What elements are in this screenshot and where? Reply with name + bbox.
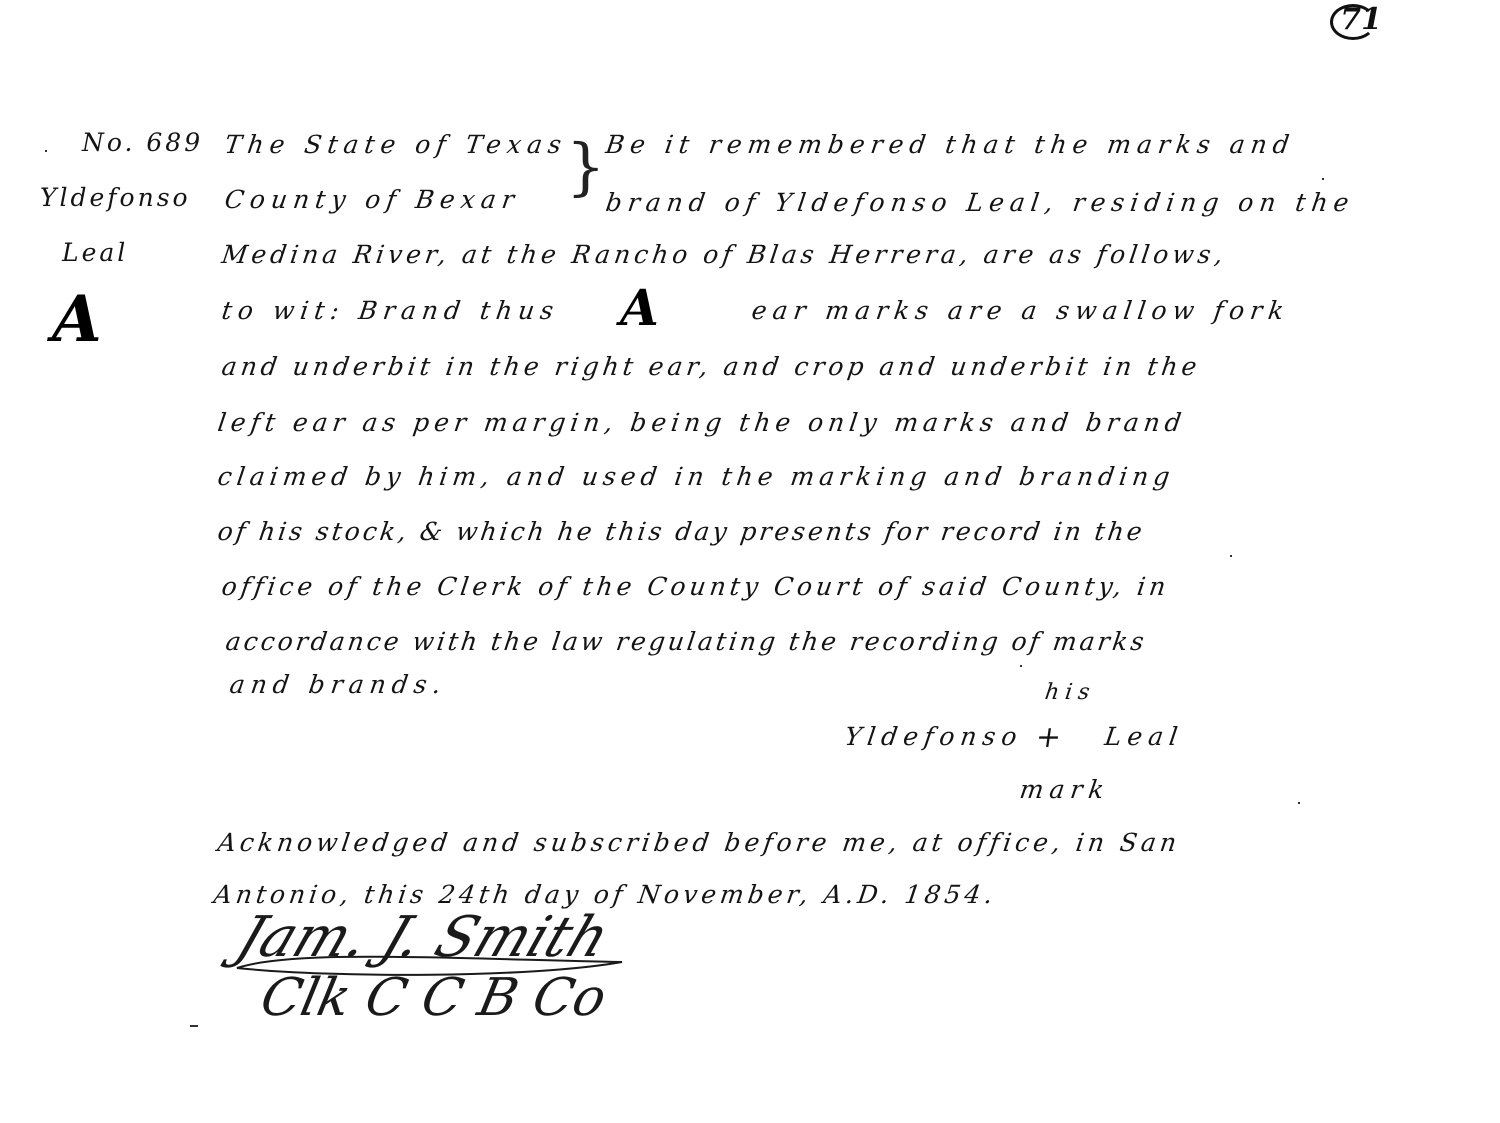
body-line-9: office of the Clerk of the County Court … <box>220 572 1171 601</box>
body-line-10: accordance with the law regulating the r… <box>224 627 1149 656</box>
cross-mark-icon: + <box>1034 720 1070 755</box>
body-line-4b: ear marks are a swallow fork <box>750 296 1292 325</box>
margin-brand-icon: A <box>52 282 102 357</box>
signature-name-last: Leal <box>1103 722 1185 751</box>
clerk-signature-title: Clk C C B Co <box>256 968 612 1028</box>
caption-state: The State of Texas <box>223 130 569 159</box>
signature-mark: mark <box>1018 775 1112 804</box>
scan-speck <box>190 1025 198 1027</box>
body-line-7: claimed by him, and used in the marking … <box>216 462 1177 491</box>
scan-speck <box>1230 555 1232 557</box>
body-line-6: left ear as per margin, being the only m… <box>216 408 1188 437</box>
margin-name-first: Yldefonso <box>40 183 191 212</box>
brace-icon: } <box>566 136 605 198</box>
signature-name-first: Yldefonso <box>843 722 1025 751</box>
record-number: No. 689 <box>82 128 203 157</box>
body-line-1: Be it remembered that the marks and <box>604 130 1297 159</box>
caption-county: County of Bexar <box>223 185 522 214</box>
scan-speck <box>45 150 47 152</box>
signature-his: his <box>1043 680 1097 705</box>
body-line-5: and underbit in the right ear, and crop … <box>220 352 1203 381</box>
body-line-8: of his stock, & which he this day presen… <box>216 517 1147 546</box>
scan-speck <box>1322 178 1324 180</box>
body-line-3: Medina River, at the Rancho of Blas Herr… <box>220 240 1229 269</box>
inline-brand-icon: A <box>620 278 659 337</box>
body-line-4: to wit: Brand thus <box>220 296 561 325</box>
scan-speck <box>1020 665 1022 667</box>
acknowledgment-line-1: Acknowledged and subscribed before me, a… <box>216 828 1182 857</box>
body-line-11: and brands. <box>228 670 449 699</box>
body-line-2: brand of Yldefonso Leal, residing on the <box>604 188 1357 217</box>
margin-name-last: Leal <box>62 238 128 267</box>
folio-number: 71 <box>1340 2 1382 37</box>
document-page: 71 No. 689 Yldefonso Leal A The State of… <box>0 0 1500 1123</box>
scan-speck <box>1298 802 1300 804</box>
